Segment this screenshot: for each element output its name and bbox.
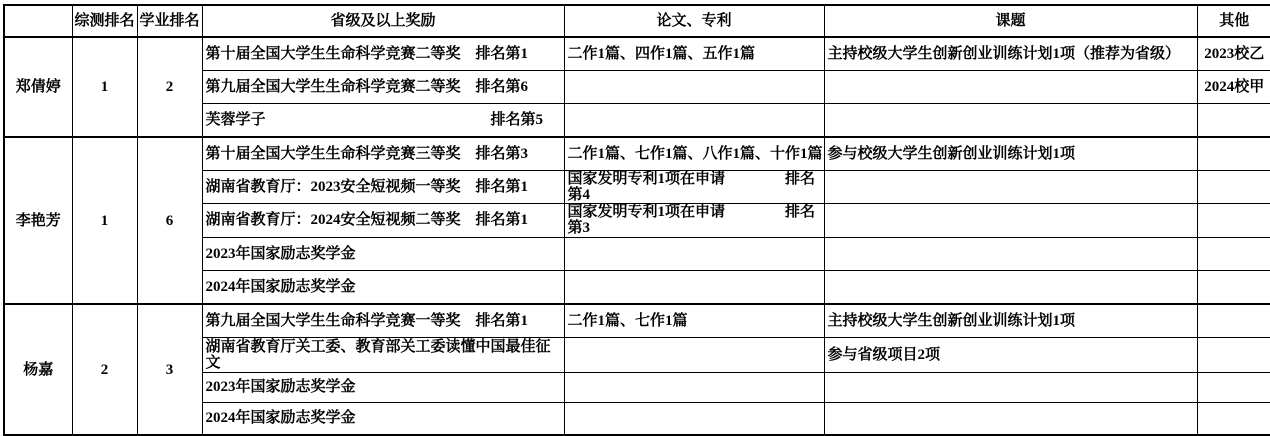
other-cell: 2023校乙 [1197,37,1270,70]
other-cell [1197,103,1270,137]
academic-rank-value: 2 [137,37,202,137]
other-cell [1197,170,1270,203]
other-cell [1197,304,1270,337]
papers-cell: 国家发明专利1项在申请 排名第4 [564,170,824,203]
papers-cell [564,372,824,402]
topic-cell: 主持校级大学生创新创业训练计划1项 [824,304,1197,337]
header-topics: 课题 [824,5,1197,37]
topic-cell: 主持校级大学生创新创业训练计划1项（推荐为省级） [824,37,1197,70]
other-cell [1197,402,1270,435]
other-cell [1197,270,1270,304]
award-cell: 2024年国家励志奖学金 [202,402,564,435]
papers-cell: 二作1篇、四作1篇、五作1篇 [564,37,824,70]
topic-cell [824,237,1197,270]
other-cell: 2024校甲 [1197,70,1270,103]
papers-cell [564,337,824,372]
student-ranking-table: 综测排名 学业排名 省级及以上奖励 论文、专利 课题 其他 郑倩婷 1 2 第十… [3,4,1270,436]
topic-cell [824,203,1197,237]
header-name [4,5,72,37]
award-cell: 第九届全国大学生生命科学竞赛一等奖 排名第1 [202,304,564,337]
student-name: 郑倩婷 [4,37,72,137]
student-name: 李艳芳 [4,137,72,304]
award-cell: 第十届全国大学生生命科学竞赛二等奖 排名第1 [202,37,564,70]
papers-cell [564,402,824,435]
header-academic-rank: 学业排名 [137,5,202,37]
header-row: 综测排名 学业排名 省级及以上奖励 论文、专利 课题 其他 [4,5,1270,37]
topic-cell: 参与省级项目2项 [824,337,1197,372]
award-cell: 湖南省教育厅：2024安全短视频二等奖 排名第1 [202,203,564,237]
other-cell [1197,203,1270,237]
topic-cell: 参与校级大学生创新创业训练计划1项 [824,137,1197,170]
award-cell: 芙蓉学子 排名第5 [202,103,564,137]
academic-rank-value: 3 [137,304,202,435]
papers-cell [564,237,824,270]
papers-cell [564,70,824,103]
award-cell: 2023年国家励志奖学金 [202,372,564,402]
table-row: 郑倩婷 1 2 第十届全国大学生生命科学竞赛二等奖 排名第1 二作1篇、四作1篇… [4,37,1270,70]
papers-cell: 国家发明专利1项在申请 排名第3 [564,203,824,237]
award-cell: 第九届全国大学生生命科学竞赛二等奖 排名第6 [202,70,564,103]
header-overall-rank: 综测排名 [72,5,137,37]
other-cell [1197,372,1270,402]
award-cell: 2023年国家励志奖学金 [202,237,564,270]
topic-cell [824,270,1197,304]
header-other: 其他 [1197,5,1270,37]
topic-cell [824,70,1197,103]
table-row: 李艳芳 1 6 第十届全国大学生生命科学竞赛三等奖 排名第3 二作1篇、七作1篇… [4,137,1270,170]
other-cell [1197,337,1270,372]
header-papers-patents: 论文、专利 [564,5,824,37]
other-cell [1197,137,1270,170]
award-cell: 湖南省教育厅关工委、教育部关工委读懂中国最佳征文 [202,337,564,372]
other-cell [1197,237,1270,270]
topic-cell [824,103,1197,137]
papers-cell [564,103,824,137]
award-cell: 湖南省教育厅：2023安全短视频一等奖 排名第1 [202,170,564,203]
papers-cell [564,270,824,304]
topic-cell [824,402,1197,435]
topic-cell [824,372,1197,402]
award-cell: 2024年国家励志奖学金 [202,270,564,304]
topic-cell [824,170,1197,203]
award-cell: 第十届全国大学生生命科学竞赛三等奖 排名第3 [202,137,564,170]
academic-rank-value: 6 [137,137,202,304]
overall-rank-value: 1 [72,37,137,137]
table-row: 杨嘉 2 3 第九届全国大学生生命科学竞赛一等奖 排名第1 二作1篇、七作1篇 … [4,304,1270,337]
overall-rank-value: 2 [72,304,137,435]
papers-cell: 二作1篇、七作1篇 [564,304,824,337]
overall-rank-value: 1 [72,137,137,304]
papers-cell: 二作1篇、七作1篇、八作1篇、十作1篇 [564,137,824,170]
header-awards: 省级及以上奖励 [202,5,564,37]
student-name: 杨嘉 [4,304,72,435]
